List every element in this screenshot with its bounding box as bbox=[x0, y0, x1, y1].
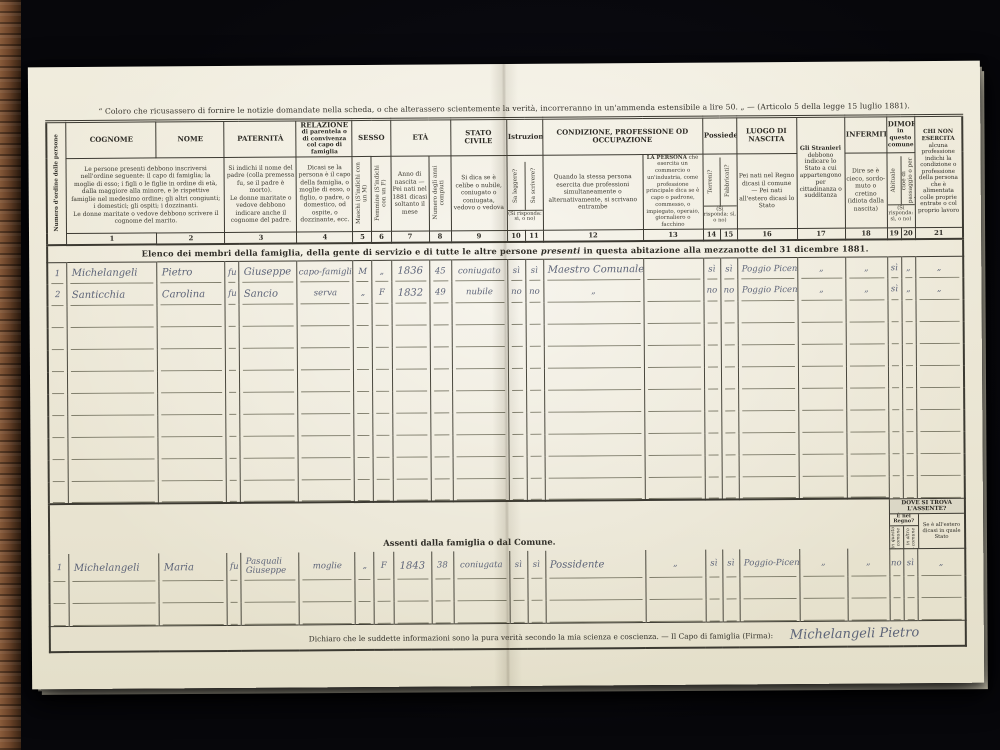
cell-stranieri: „ bbox=[797, 257, 845, 279]
absent-regno-block: È nel Regno? in questo comune in altro c… bbox=[889, 514, 919, 548]
empty-cell bbox=[916, 344, 964, 366]
cell-nome: Maria bbox=[159, 553, 227, 581]
empty-cell bbox=[544, 412, 644, 435]
abituale-label: Abituale bbox=[890, 168, 897, 192]
empty-cell bbox=[241, 481, 299, 503]
empty-cell bbox=[798, 367, 846, 389]
terreni-label: Terreni? bbox=[708, 169, 715, 193]
empty-cell bbox=[228, 603, 242, 625]
empty-cell bbox=[916, 410, 964, 432]
col-nome-title: NOME bbox=[156, 120, 224, 157]
cell-assente-questo-comune: no bbox=[889, 549, 903, 577]
dimora-pair-labels: AbitualeOccasionale, cioè di passaggio o… bbox=[887, 156, 914, 204]
empty-cell bbox=[430, 436, 452, 458]
empty-cell bbox=[355, 480, 374, 502]
empty-cell bbox=[847, 477, 889, 499]
colnum-10: 10 bbox=[507, 230, 525, 242]
empty-cell bbox=[721, 324, 738, 346]
possiede-pair-labels: Terreni?Fabbricati? bbox=[703, 157, 736, 205]
cell-paternita: Giuseppe bbox=[239, 261, 297, 283]
census-table: Numero d'ordine delle persone COGNOME NO… bbox=[45, 114, 967, 654]
colnum-20: 20 bbox=[901, 228, 915, 240]
stato-desc: Si dica se è celibe o nubile, coniugato … bbox=[450, 155, 507, 231]
empty-cell bbox=[546, 600, 646, 623]
empty-cell bbox=[226, 415, 240, 437]
empty-cell bbox=[431, 580, 453, 602]
col-cognome-title: COGNOME bbox=[66, 121, 156, 158]
empty-cell bbox=[355, 458, 374, 480]
infermita-desc: Dire se è cieco, sordo-muto o cretino (i… bbox=[844, 153, 887, 229]
eta-anni-label: Numero degli anni compiuti bbox=[428, 156, 451, 231]
cell-luogo-nascita: Poggio Picenze bbox=[737, 257, 797, 279]
empty-cell bbox=[738, 411, 798, 433]
empty-cell bbox=[432, 602, 454, 624]
col-chi-header: CHI NON ESERCITA alcuna professione indi… bbox=[914, 115, 963, 227]
la-persona-rest: che esercita un commercio o un'industria… bbox=[646, 154, 699, 228]
col-possiede-title: Possiede bbox=[702, 117, 736, 154]
cell-maschio: „ bbox=[355, 552, 374, 580]
sa-scrivere-cell: Sa scrivere? bbox=[525, 161, 542, 209]
absent-section-header-row: Assenti dalla famiglia o dal Comune. DOV… bbox=[49, 498, 965, 554]
empty-cell bbox=[721, 390, 738, 412]
empty-cell bbox=[706, 600, 723, 622]
empty-cell bbox=[544, 390, 644, 413]
empty-cell bbox=[392, 392, 430, 414]
empty-cell bbox=[48, 350, 68, 372]
sa-leggere-cell: Sa leggere? bbox=[507, 161, 525, 209]
cell-fu: fu bbox=[227, 553, 241, 581]
empty-cell bbox=[889, 455, 903, 477]
istruzione-note: (Si risponda: sì, o no) bbox=[507, 209, 542, 224]
census-sheet: “ Coloro che ricusassero di fornire le n… bbox=[28, 61, 984, 690]
empty-cell bbox=[298, 414, 354, 436]
empty-cell bbox=[298, 370, 354, 392]
colnum-17: 17 bbox=[797, 228, 845, 240]
colnum-11: 11 bbox=[525, 230, 543, 242]
empty-cell bbox=[394, 602, 432, 624]
empty-cell bbox=[69, 482, 159, 505]
presenti-title-em: presenti bbox=[541, 246, 581, 256]
cell-chi-non-esercita: „ bbox=[915, 278, 963, 300]
istruzione-pair: Sa leggere?Sa scrivere? (Si risponda: sì… bbox=[506, 155, 543, 230]
empty-cell bbox=[158, 415, 226, 437]
cognome-nome-desc: Le persone presenti debbono inscriversi … bbox=[66, 157, 225, 233]
colnum-18: 18 bbox=[845, 228, 887, 240]
empty-cell bbox=[644, 346, 704, 368]
empty-cell bbox=[508, 391, 526, 413]
cell-femmina: F bbox=[374, 552, 393, 580]
relazione-desc: Dicasi se la persona è il capo della fam… bbox=[296, 156, 353, 232]
empty-cell bbox=[393, 458, 431, 480]
empty-cell bbox=[644, 434, 704, 456]
empty-cell bbox=[798, 411, 846, 433]
empty-cell bbox=[373, 392, 392, 414]
cell-dimora-abituale: sì bbox=[887, 257, 901, 279]
col-eta-title: ETÀ bbox=[390, 119, 450, 156]
empty-cell bbox=[299, 458, 355, 480]
terreni-cell: Terreni? bbox=[703, 157, 720, 205]
empty-cell bbox=[452, 391, 508, 413]
cell-sa-leggere: sì bbox=[507, 259, 525, 281]
empty-cell bbox=[739, 477, 799, 499]
col-dimora-title: DIMORAin questo comune bbox=[886, 116, 914, 153]
luogo-desc: Pei nati nel Regno dicasi il comune — Pe… bbox=[736, 153, 797, 229]
empty-cell bbox=[723, 600, 740, 622]
eta-anno-desc: Anno di nascita — Pei nati nel 1881 dica… bbox=[390, 156, 429, 232]
empty-cell bbox=[48, 394, 68, 416]
cell-cognome: Santicchia bbox=[67, 284, 157, 307]
empty-cell bbox=[508, 369, 526, 391]
cell-sa-scrivere: no bbox=[525, 281, 543, 303]
empty-cell bbox=[798, 345, 846, 367]
empty-cell bbox=[888, 389, 902, 411]
empty-cell bbox=[241, 581, 299, 603]
sesso-maschi-label: Maschi (S'indichi con un M) bbox=[352, 156, 372, 231]
sesso-femmine-label: Femmine (S'indichi con un F) bbox=[371, 156, 391, 231]
empty-cell bbox=[392, 370, 430, 392]
cell-anno-nascita: 1843 bbox=[393, 552, 431, 580]
cell-relazione: serva bbox=[297, 282, 353, 304]
cell-relazione: capo-famiglia bbox=[297, 260, 353, 282]
empty-cell bbox=[526, 435, 544, 457]
empty-cell bbox=[356, 602, 375, 624]
empty-cell bbox=[158, 349, 226, 371]
col-infermita-title: INFERMITÀ bbox=[844, 116, 886, 153]
cell-infermita: „ bbox=[845, 257, 887, 279]
empty-cell bbox=[544, 346, 644, 369]
empty-cell bbox=[452, 347, 508, 369]
empty-cell bbox=[354, 348, 373, 370]
empty-cell bbox=[393, 580, 431, 602]
empty-cell bbox=[242, 603, 300, 625]
occasionale-label: Occasionale, cioè di passaggio o per bre… bbox=[901, 156, 914, 204]
photo-scene: “ Coloro che ricusassero di fornire le n… bbox=[0, 0, 1000, 750]
cell-terreni: no bbox=[703, 280, 720, 302]
empty-cell bbox=[888, 301, 902, 323]
stranieri-rest: debbono indicare lo Stato a cui apparten… bbox=[800, 152, 842, 199]
cell-nome: Pietro bbox=[157, 261, 225, 283]
empty-cell bbox=[888, 367, 902, 389]
empty-cell bbox=[644, 324, 704, 346]
empty-cell bbox=[240, 437, 298, 459]
absent-section-title: Assenti dalla famiglia o dal Comune. bbox=[49, 499, 889, 555]
abituale-cell: Abituale bbox=[887, 156, 901, 204]
empty-cell bbox=[392, 436, 430, 458]
empty-cell bbox=[889, 477, 903, 499]
empty-cell bbox=[888, 345, 902, 367]
empty-cell bbox=[902, 411, 916, 433]
empty-cell bbox=[225, 305, 239, 327]
empty-cell bbox=[509, 479, 527, 501]
col-stranieri-header: Gli Stranieri debbono indicare lo Stato … bbox=[796, 116, 845, 228]
head-of-family-signature: Michelangeli Pietro bbox=[789, 625, 919, 643]
cell-luogo-nascita: Poggio-Picenze bbox=[739, 549, 799, 577]
cell-assente-altro-comune: sì bbox=[903, 549, 917, 577]
dimora-title-sub: in questo comune bbox=[888, 129, 913, 149]
empty-cell bbox=[452, 303, 508, 325]
cell-la-persona bbox=[643, 280, 703, 302]
empty-cell bbox=[68, 394, 158, 417]
sa-scrivere-label: Sa scrivere? bbox=[530, 168, 537, 203]
cell-terreni: sì bbox=[703, 258, 720, 280]
cognome-desc-2: Le donne maritate o vedove debbono scriv… bbox=[73, 210, 218, 225]
cell-nome: Carolina bbox=[157, 283, 225, 305]
col-relazione-title: RELAZIONEdi parentela o di convivenza co… bbox=[296, 120, 352, 157]
empty-cell bbox=[847, 577, 889, 599]
empty-cell bbox=[721, 412, 738, 434]
empty-cell bbox=[240, 415, 298, 437]
empty-cell bbox=[918, 598, 966, 620]
empty-cell bbox=[525, 303, 543, 325]
cell-paternita: Sancio bbox=[239, 283, 297, 305]
cell-anni-compiuti: 49 bbox=[429, 282, 451, 304]
chi-head: CHI NON ESERCITA bbox=[922, 129, 955, 142]
empty-cell bbox=[847, 455, 889, 477]
empty-cell bbox=[226, 437, 240, 459]
empty-cell bbox=[373, 326, 392, 348]
absent-location-box: DOVE SI TROVA L'ASSENTE? È nel Regno? in… bbox=[889, 498, 965, 549]
col-condizione-title: CONDIZIONE, PROFESSIONE OD OCCUPAZIONE bbox=[542, 117, 702, 155]
empty-cell bbox=[644, 302, 704, 324]
empty-cell bbox=[888, 411, 902, 433]
cell-terreni: sì bbox=[705, 550, 722, 578]
empty-cell bbox=[722, 578, 739, 600]
empty-cell bbox=[705, 578, 722, 600]
empty-cell bbox=[354, 414, 373, 436]
empty-cell bbox=[158, 327, 226, 349]
cell-paternita: Pasquali Giuseppe bbox=[241, 553, 299, 581]
colnum-9: 9 bbox=[451, 230, 507, 242]
cell-femmina: „ bbox=[372, 260, 391, 282]
absent-questo-label: in questo comune bbox=[891, 526, 902, 548]
empty-cell bbox=[902, 345, 916, 367]
cell-luogo-nascita: Poggio Picenze bbox=[737, 279, 797, 301]
empty-cell bbox=[68, 416, 158, 439]
fabbricati-cell: Fabbricati? bbox=[720, 157, 736, 205]
empty-cell bbox=[705, 478, 722, 500]
col-stato-title: STATO CIVILE bbox=[450, 118, 506, 155]
empty-cell bbox=[354, 326, 373, 348]
empty-cell bbox=[545, 456, 645, 479]
empty-cell bbox=[527, 457, 545, 479]
presenti-title-1: Elenco dei membri della famiglia, della … bbox=[142, 246, 541, 259]
empty-cell bbox=[528, 601, 546, 623]
colnum-4: 4 bbox=[297, 231, 353, 243]
empty-cell bbox=[526, 391, 544, 413]
empty-cell bbox=[157, 305, 225, 327]
desk-wood-edge bbox=[0, 0, 21, 750]
cell-dimora-occasionale: „ bbox=[901, 279, 915, 301]
empty-cell bbox=[526, 369, 544, 391]
empty-cell bbox=[239, 305, 297, 327]
cell-numero: 1 bbox=[49, 554, 69, 582]
empty-cell bbox=[799, 477, 847, 499]
dimora-title-main: DIMORA bbox=[888, 119, 915, 128]
empty-cell bbox=[392, 304, 430, 326]
cell-fabbricati: sì bbox=[720, 258, 737, 280]
empty-cell bbox=[798, 389, 846, 411]
empty-cell bbox=[704, 412, 721, 434]
empty-cell bbox=[738, 301, 798, 323]
empty-cell bbox=[508, 325, 526, 347]
empty-cell bbox=[644, 390, 704, 412]
empty-cell bbox=[902, 389, 916, 411]
occasionale-cell: Occasionale, cioè di passaggio o per bre… bbox=[901, 156, 914, 204]
empty-cell bbox=[392, 326, 430, 348]
empty-cell bbox=[846, 433, 888, 455]
cell-fu: fu bbox=[225, 261, 239, 283]
empty-cell bbox=[846, 411, 888, 433]
empty-cell bbox=[49, 482, 69, 504]
istruzione-pair-labels: Sa leggere?Sa scrivere? bbox=[507, 161, 542, 209]
absent-box-sub: È nel Regno? in questo comune in altro c… bbox=[889, 514, 964, 549]
empty-cell bbox=[888, 433, 902, 455]
empty-cell bbox=[227, 481, 241, 503]
empty-cell bbox=[799, 455, 847, 477]
condizione-13-desc: LA PERSONA che esercita un commercio o u… bbox=[642, 154, 703, 230]
possiede-pair: Terreni?Fabbricati? (Si risponda: sì, o … bbox=[702, 154, 737, 229]
empty-cell bbox=[526, 325, 544, 347]
header-title-row: Numero d'ordine delle persone COGNOME NO… bbox=[46, 115, 962, 158]
empty-cell bbox=[452, 369, 508, 391]
colnum-16: 16 bbox=[737, 228, 797, 240]
empty-cell bbox=[48, 416, 68, 438]
chi-rest: alcuna professione indichi la condizione… bbox=[918, 142, 959, 214]
empty-cell bbox=[392, 414, 430, 436]
colnum-19: 19 bbox=[887, 228, 901, 240]
empty-cell bbox=[798, 301, 846, 323]
empty-cell bbox=[904, 599, 918, 621]
empty-cell bbox=[353, 304, 372, 326]
empty-cell bbox=[373, 370, 392, 392]
empty-cell bbox=[68, 350, 158, 373]
empty-cell bbox=[798, 323, 846, 345]
empty-cell bbox=[158, 437, 226, 459]
cell-condizione: Maestro Comunale bbox=[543, 258, 643, 281]
cell-sa-scrivere: sì bbox=[527, 551, 545, 579]
empty-cell bbox=[372, 304, 391, 326]
declaration-text: Dichiaro che le suddette informazioni so… bbox=[309, 631, 773, 643]
empty-cell bbox=[704, 434, 721, 456]
empty-cell bbox=[375, 602, 394, 624]
empty-cell bbox=[298, 348, 354, 370]
anni-rotated-label: Numero degli anni compiuti bbox=[433, 161, 447, 223]
colnum-1: 1 bbox=[67, 233, 157, 246]
empty-cell bbox=[889, 577, 903, 599]
empty-cell bbox=[645, 578, 705, 600]
fabbricati-label: Fabbricati? bbox=[725, 165, 732, 198]
cell-sa-scrivere: sì bbox=[525, 259, 543, 281]
empty-cell bbox=[545, 578, 645, 601]
empty-cell bbox=[508, 413, 526, 435]
cell-infermita: „ bbox=[845, 279, 887, 301]
empty-cell bbox=[48, 438, 68, 460]
empty-cell bbox=[738, 345, 798, 367]
empty-cell bbox=[299, 480, 355, 502]
cell-anno-nascita: 1832 bbox=[391, 282, 429, 304]
empty-cell bbox=[527, 479, 545, 501]
cell-condizione: „ bbox=[543, 280, 643, 303]
colnum-3: 3 bbox=[225, 232, 297, 245]
empty-cell bbox=[846, 389, 888, 411]
empty-cell bbox=[298, 392, 354, 414]
cell-dimora-abituale: sì bbox=[887, 279, 901, 301]
empty-cell bbox=[240, 393, 298, 415]
empty-cell bbox=[508, 347, 526, 369]
condizione-12-desc: Quando la stessa persona esercita due pr… bbox=[542, 154, 643, 230]
empty-cell bbox=[544, 302, 644, 325]
empty-cell bbox=[430, 304, 452, 326]
empty-cell bbox=[298, 326, 354, 348]
empty-cell bbox=[846, 345, 888, 367]
colnum-8: 8 bbox=[429, 231, 451, 243]
empty-cell bbox=[902, 301, 916, 323]
empty-cell bbox=[916, 432, 964, 454]
empty-cell bbox=[848, 599, 890, 621]
empty-cell bbox=[69, 460, 159, 483]
empty-cell bbox=[355, 580, 374, 602]
colnum-13: 13 bbox=[643, 229, 703, 241]
empty-cell bbox=[544, 368, 644, 391]
colnum-21: 21 bbox=[915, 227, 963, 239]
empty-cell bbox=[903, 477, 917, 499]
present-section: Elenco dei membri della famiglia, della … bbox=[47, 239, 965, 504]
empty-cell bbox=[916, 300, 964, 322]
empty-cell bbox=[68, 328, 158, 351]
empty-cell bbox=[159, 481, 227, 503]
col-sesso-title: SESSO bbox=[352, 119, 390, 156]
cell-fu: fu bbox=[225, 283, 239, 305]
sa-leggere-label: Sa leggere? bbox=[512, 168, 519, 202]
empty-cell bbox=[509, 457, 527, 479]
dimora-note: (Si risponda: sì, o no) bbox=[887, 204, 914, 224]
cell-maschio: „ bbox=[353, 282, 372, 304]
empty-cell bbox=[298, 436, 354, 458]
cell-stato-civile: coniugato bbox=[451, 259, 507, 281]
empty-cell bbox=[431, 480, 453, 502]
empty-cell bbox=[453, 457, 509, 479]
empty-cell bbox=[645, 456, 705, 478]
empty-cell bbox=[68, 372, 158, 395]
empty-cell bbox=[158, 393, 226, 415]
cell-cognome: Michelangeli bbox=[67, 262, 157, 285]
empty-cell bbox=[47, 306, 67, 328]
empty-cell bbox=[48, 328, 68, 350]
empty-cell bbox=[226, 393, 240, 415]
absent-altro-label: in altro comune bbox=[906, 526, 917, 548]
empty-cell bbox=[226, 349, 240, 371]
empty-cell bbox=[916, 388, 964, 410]
cell-infermita: „ bbox=[847, 549, 889, 577]
empty-cell bbox=[430, 326, 452, 348]
empty-cell bbox=[240, 349, 298, 371]
empty-cell bbox=[917, 576, 965, 598]
empty-cell bbox=[452, 435, 508, 457]
empty-cell bbox=[453, 579, 509, 601]
empty-cell bbox=[888, 323, 902, 345]
empty-cell bbox=[903, 577, 917, 599]
empty-cell bbox=[544, 434, 644, 457]
colnum-6: 6 bbox=[372, 231, 391, 243]
empty-cell bbox=[902, 323, 916, 345]
cell-stranieri: „ bbox=[797, 279, 845, 301]
relazione-title-main: RELAZIONE bbox=[300, 120, 348, 129]
cell-sa-leggere: sì bbox=[509, 551, 527, 579]
empty-cell bbox=[644, 412, 704, 434]
empty-cell bbox=[430, 348, 452, 370]
empty-cell bbox=[917, 476, 965, 498]
empty-cell bbox=[739, 455, 799, 477]
